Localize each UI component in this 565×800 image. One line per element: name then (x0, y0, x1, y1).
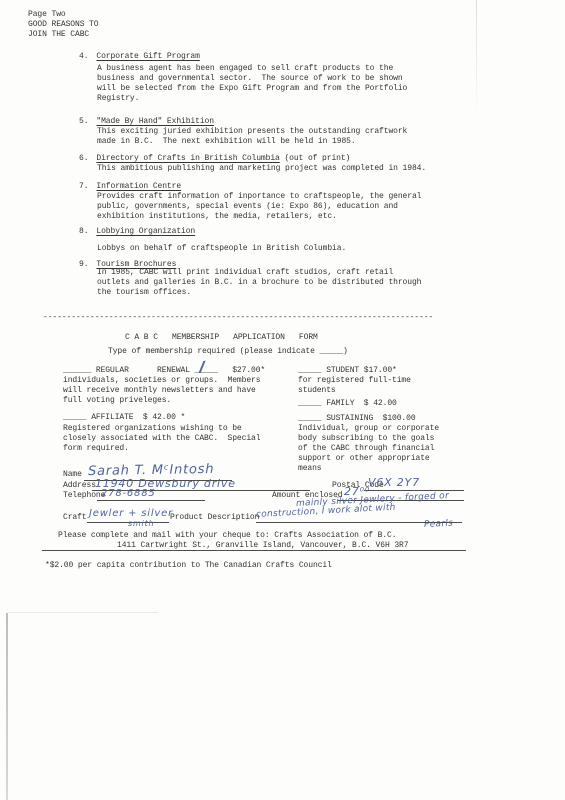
telephone-field-line (97, 500, 205, 501)
address-label: Address (63, 481, 96, 491)
reason-body: In 1985, CABC will print individual craf… (97, 268, 421, 298)
reason-item-7: 7.Information Centre (79, 182, 181, 192)
reason-number: 7. (79, 182, 88, 192)
form-subtitle: Type of membership required (please indi… (108, 347, 348, 357)
reason-body: Provides craft information of inportance… (97, 192, 421, 222)
option-regular-line: ______ REGULAR RENEWAL _____ $27.00* (63, 366, 265, 376)
name-label: Name (63, 470, 82, 480)
reason-body: This ambitious publishing and marketing … (97, 164, 426, 174)
reason-body: A business agent has been engaged to sel… (97, 64, 407, 104)
reason-number: 5. (79, 117, 88, 127)
capita-footnote: *$2.00 per capita contribution to The Ca… (45, 561, 332, 571)
reason-item-8: 8.Lobbying Organization (79, 227, 195, 237)
reason-title-suffix: (out of print) (280, 154, 351, 163)
reason-number: 8. (79, 227, 88, 237)
reason-body: This exciting juried exhibition presents… (97, 127, 407, 147)
page-edge-bottom-left-vertical (6, 613, 8, 800)
option-family-line: _____ FAMILY $ 42.00 (298, 399, 397, 409)
postal-code-value: V6X 2Y7 (368, 476, 420, 489)
page-edge-right (476, 0, 477, 120)
option-student-line: _____ STUDENT $17.00* (298, 366, 397, 376)
page-header: Page Two GOOD REASONS TO JOIN THE CABC (28, 10, 99, 40)
reason-item-5: 5."Made By Hand" Exhibition (79, 117, 214, 127)
product-description-handwriting-line2: construction, I work alot with (256, 503, 396, 520)
reason-title: "Made By Hand" Exhibition (96, 117, 214, 126)
option-sustaining-desc: Individual, group or corporate body subs… (298, 424, 439, 474)
product-description-label: Product Description (170, 513, 259, 523)
reason-number: 4. (79, 52, 88, 62)
mail-instruction-underline (42, 550, 466, 551)
craft-value-line2: smith (128, 519, 154, 528)
option-student-desc: for registered full-time students (298, 376, 411, 396)
option-regular-desc: individuals, societies or groups. Member… (63, 376, 260, 406)
option-sustaining-line: _____ SUSTAINING $100.00 (298, 414, 416, 424)
scanned-page: Page Two GOOD REASONS TO JOIN THE CABC 4… (0, 0, 565, 800)
product-description-field-line (256, 522, 462, 523)
reason-title: Directory of Crafts in British Columbia (96, 154, 279, 163)
reason-number: 6. (79, 154, 88, 164)
postal-code-field-line (364, 490, 464, 491)
page-edge-bottom-horizontal (8, 612, 158, 613)
reason-body: Lobbys on behalf of craftspeople in Brit… (97, 244, 346, 254)
option-affiliate-line: _____ AFFILIATE $ 42.00 * (63, 413, 185, 423)
reason-title: Lobbying Organization (96, 227, 195, 236)
form-title: C A B C MEMBERSHIP APPLICATION FORM (125, 333, 318, 343)
product-description-handwriting-line3: Pearls (424, 518, 454, 530)
reason-title: Corporate Gift Program (96, 52, 199, 61)
renewal-checkmark: / (196, 359, 209, 376)
telephone-value: 278-6885 (101, 488, 156, 499)
reason-item-6: 6.Directory of Crafts in British Columbi… (79, 154, 350, 164)
reason-title: Information Centre (96, 182, 181, 191)
option-affiliate-desc: Registered organizations wishing to be c… (63, 424, 260, 454)
reason-number: 9. (79, 260, 88, 270)
mail-instruction-line1: Please complete and mail with your chequ… (58, 531, 396, 541)
reason-item-4: 4.Corporate Gift Program (79, 52, 200, 62)
craft-label: Craft (63, 513, 87, 523)
craft-value: Jewler + silver (89, 508, 173, 519)
dashed-divider: ----------------------------------------… (43, 313, 433, 323)
